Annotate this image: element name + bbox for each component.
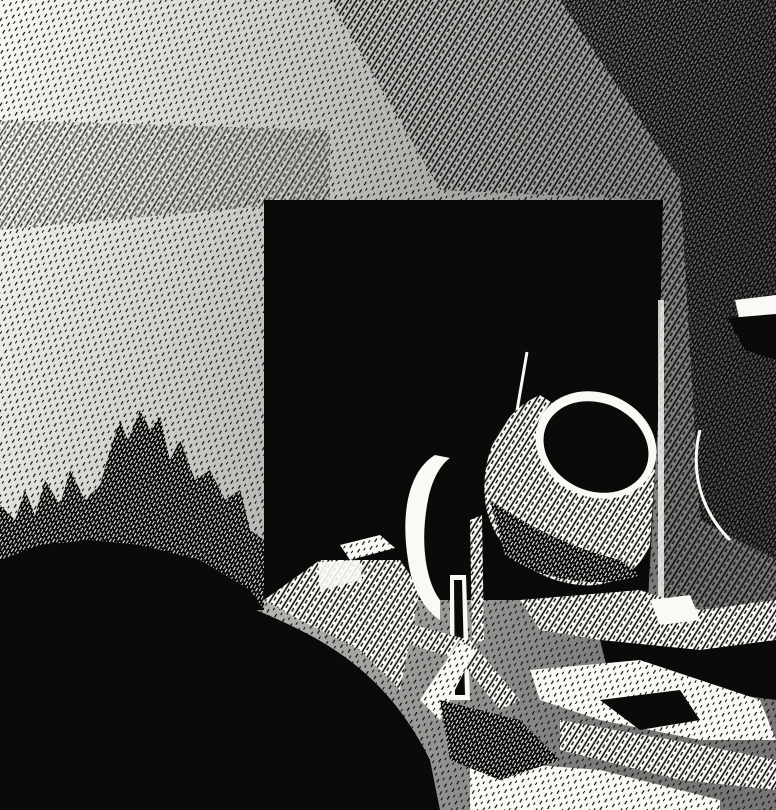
photo-scene — [0, 0, 776, 810]
